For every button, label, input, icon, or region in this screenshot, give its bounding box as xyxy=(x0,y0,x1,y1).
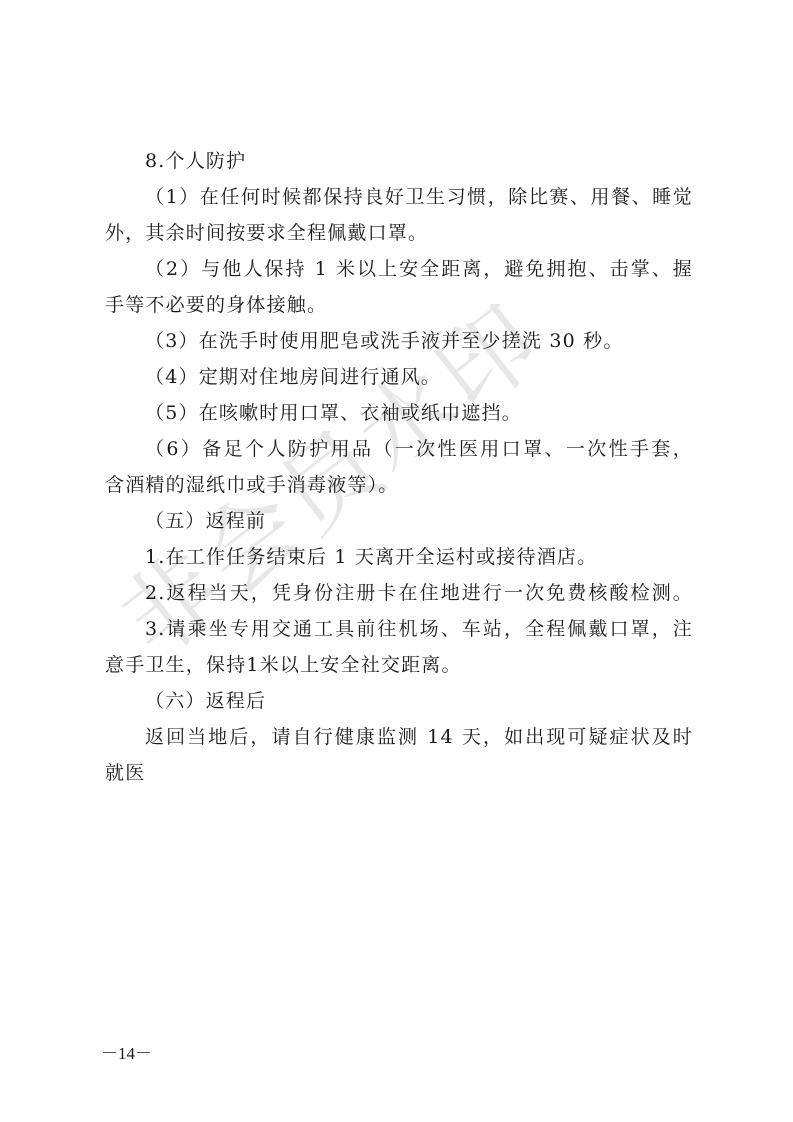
document-body: 8.个人防护 （1）在任何时候都保持良好卫生习惯，除比赛、用餐、睡觉 外，其余时… xyxy=(105,143,693,791)
section-heading-before-return: （五）返程前 xyxy=(105,503,693,539)
paragraph-line: （5）在咳嗽时用口罩、衣袖或纸巾遮挡。 xyxy=(105,395,693,431)
paragraph-line: （6）备足个人防护用品（一次性医用口罩、一次性手套， xyxy=(105,431,693,467)
paragraph-line: （4）定期对住地房间进行通风。 xyxy=(105,359,693,395)
paragraph-line: 3.请乘坐专用交通工具前往机场、车站，全程佩戴口罩，注 xyxy=(105,611,693,647)
page-number: －14－ xyxy=(101,1042,152,1066)
document-page: 8.个人防护 （1）在任何时候都保持良好卫生习惯，除比赛、用餐、睡觉 外，其余时… xyxy=(0,0,793,1122)
paragraph-line: 就医 xyxy=(105,755,693,791)
paragraph-line: 外，其余时间按要求全程佩戴口罩。 xyxy=(105,215,693,251)
paragraph-line: （1）在任何时候都保持良好卫生习惯，除比赛、用餐、睡觉 xyxy=(105,179,693,215)
section-heading-after-return: （六）返程后 xyxy=(105,683,693,719)
paragraph-line: 返回当地后，请自行健康监测 14 天，如出现可疑症状及时 xyxy=(105,719,693,755)
paragraph-line: 2.返程当天，凭身份注册卡在住地进行一次免费核酸检测。 xyxy=(105,575,693,611)
paragraph-line: 意手卫生，保持1米以上安全社交距离。 xyxy=(105,647,693,683)
paragraph-line: 1.在工作任务结束后 1 天离开全运村或接待酒店。 xyxy=(105,539,693,575)
paragraph-line: （3）在洗手时使用肥皂或洗手液并至少搓洗 30 秒。 xyxy=(105,323,693,359)
paragraph-line: （2）与他人保持 1 米以上安全距离，避免拥抱、击掌、握 xyxy=(105,251,693,287)
paragraph-line: 手等不必要的身体接触。 xyxy=(105,287,693,323)
paragraph-line: 含酒精的湿纸巾或手消毒液等）。 xyxy=(105,467,693,503)
heading-personal-protection: 8.个人防护 xyxy=(105,143,693,179)
